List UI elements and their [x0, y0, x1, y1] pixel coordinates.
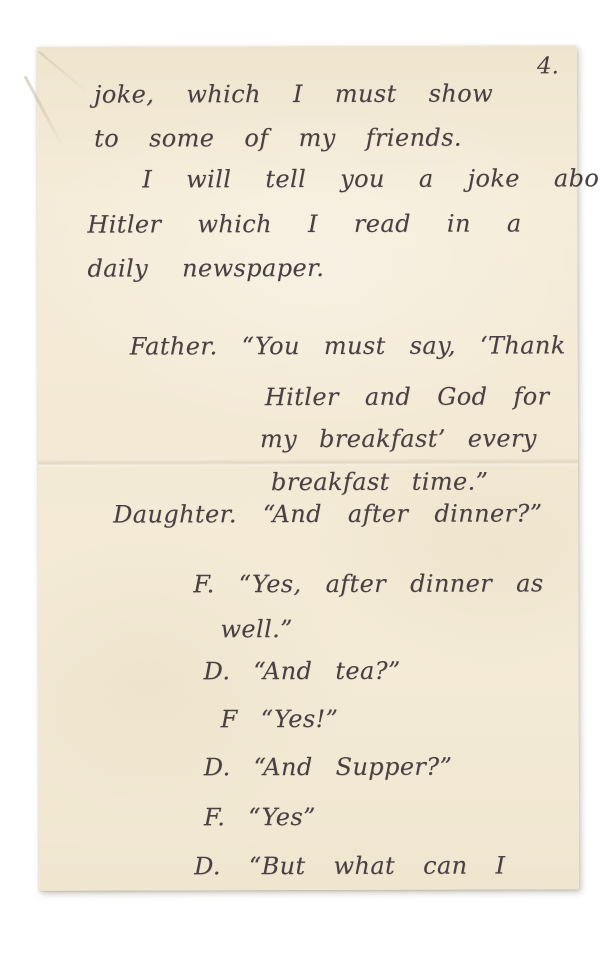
handwritten-line: D. “And Supper?” [204, 753, 453, 782]
handwritten-line: F “Yes!” [221, 705, 339, 733]
handwritten-line: Hitler which I read in a [87, 209, 521, 238]
handwritten-line: well.” [220, 615, 292, 643]
corner-crease-secondary [38, 51, 93, 97]
handwritten-line: I will tell you a joke about [142, 164, 600, 193]
handwritten-line: Father. “You must say, ‘Thank [130, 331, 566, 360]
handwritten-line: D. “But what can I [194, 851, 505, 880]
handwritten-line: my breakfast’ every [260, 424, 537, 453]
handwritten-line: Daughter. “And after dinner?” [113, 499, 542, 528]
page-number: 4. [537, 53, 559, 79]
fold-crease [38, 458, 578, 467]
letter-page: 4. joke, which I must show to some of my… [37, 45, 579, 890]
handwritten-line: to some of my friends. [94, 124, 462, 153]
handwritten-line: Hitler and God for [265, 382, 550, 411]
corner-crease [24, 76, 69, 157]
handwritten-line: D. “And tea?” [203, 657, 400, 686]
handwritten-line: breakfast time.” [271, 468, 488, 497]
handwritten-line: F. “Yes” [204, 803, 316, 831]
handwritten-line: F. “Yes, after dinner as [193, 569, 543, 598]
scan-background: 4. joke, which I must show to some of my… [0, 0, 600, 960]
handwritten-line: daily newspaper. [87, 254, 324, 283]
handwritten-line: joke, which I must show [94, 80, 493, 109]
